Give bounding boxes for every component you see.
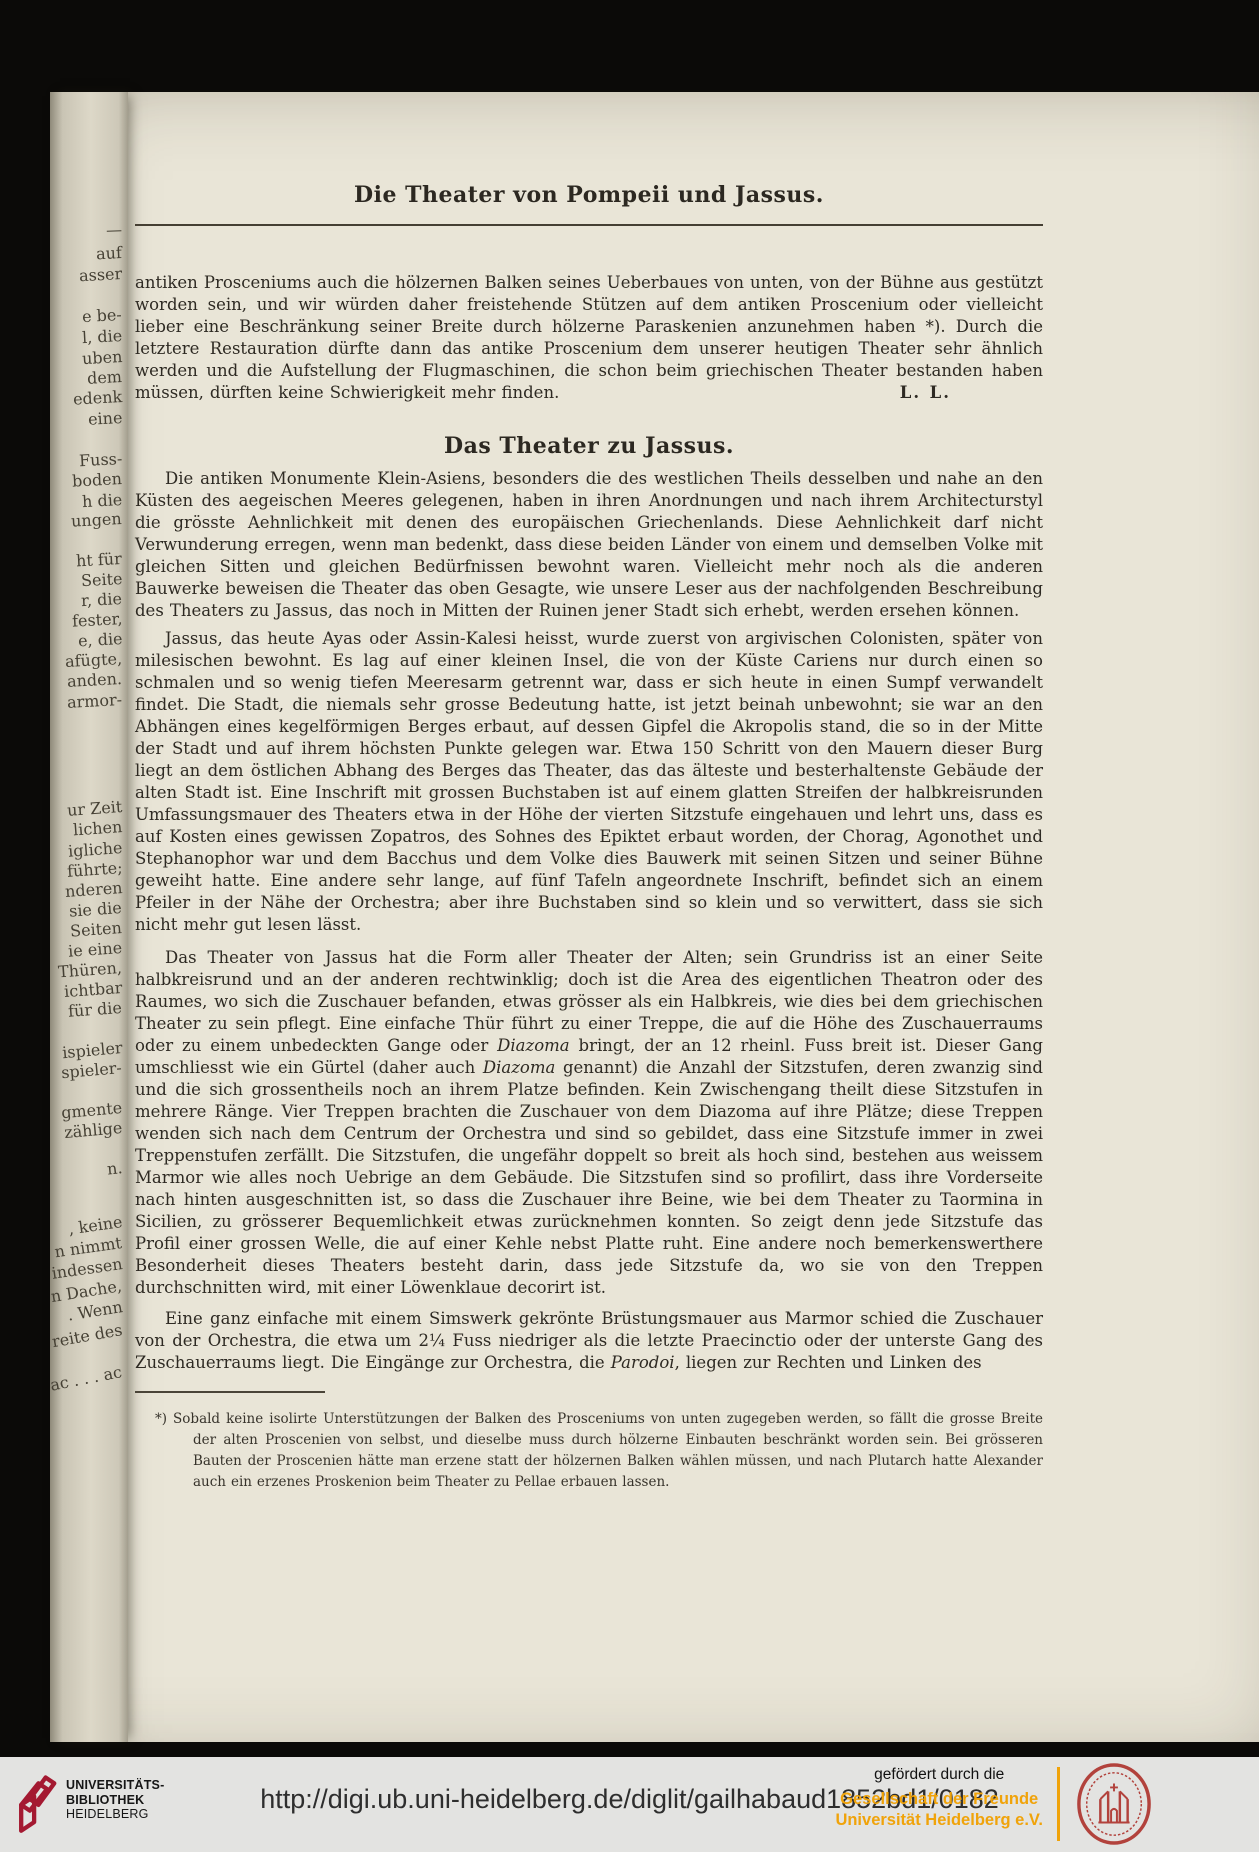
- page-edge-fragment: e, die: [77, 629, 122, 650]
- page-edge-fragment: für die: [68, 998, 123, 1021]
- footnote-text: Sobald keine isolirte Unterstützungen de…: [173, 1411, 1043, 1490]
- body-paragraph: Das Theater von Jassus hat die Form alle…: [135, 947, 1043, 1299]
- running-head: Die Theater von Pompeii und Jassus.: [135, 182, 1043, 208]
- scan-viewer-background: { "page": { "running_head": "Die Theater…: [0, 0, 1259, 1852]
- page-edge-fragment: führte;: [66, 858, 123, 881]
- funder-name: Gesellschaft der Freunde: [835, 1789, 1043, 1810]
- university-seal-icon: [1075, 1762, 1153, 1851]
- page-edge-fragment: Seite: [80, 569, 122, 590]
- body-paragraph: Die antiken Monumente Klein-Asiens, beso…: [135, 468, 1043, 622]
- ub-heidelberg-logo-text: UNIVERSITÄTS- BIBLIOTHEK HEIDELBERG: [66, 1778, 164, 1822]
- funder-name-line2: Universität Heidelberg e.V.: [835, 1810, 1043, 1831]
- page-edge-fragment: ac . . . ac: [49, 1362, 124, 1395]
- digitization-footer-bar: UNIVERSITÄTS- BIBLIOTHEK HEIDELBERG http…: [0, 1757, 1259, 1852]
- section-heading: Das Theater zu Jassus.: [135, 433, 1043, 459]
- page-edge-fragment: ht für: [76, 549, 123, 570]
- page-edge-fragment: asser: [78, 264, 122, 285]
- page-edge-fragment: e be-: [82, 305, 123, 326]
- body-paragraph: antiken Prosceniums auch die hölzernen B…: [135, 272, 1043, 404]
- page-edge-fragment: fester,: [71, 609, 122, 631]
- page-edge-fragment: r, die: [81, 589, 123, 610]
- ub-heidelberg-logo-icon: [14, 1767, 60, 1842]
- footnote: *) Sobald keine isolirte Unterstützungen…: [135, 1409, 1043, 1493]
- page-edge-fragment: h die: [81, 490, 122, 511]
- running-head-rule: [135, 224, 1043, 226]
- page-edge-fragment: igliche: [67, 838, 123, 861]
- funded-by-label: gefördert durch die: [835, 1766, 1043, 1784]
- page-edge-fragment: edenk: [72, 387, 122, 409]
- page-edge-fragment: zählige: [63, 1118, 123, 1142]
- logo-line-3: HEIDELBERG: [66, 1807, 164, 1822]
- page-edge-fragment: afügte,: [65, 649, 123, 671]
- page-edge-fragment: ie eine: [67, 938, 122, 961]
- page-edge-fragment: boden: [72, 469, 123, 491]
- footnote-separator-rule: [135, 1391, 325, 1393]
- logo-line-1: UNIVERSITÄTS-: [66, 1778, 164, 1793]
- page-edge-fragment: armor-: [67, 690, 123, 712]
- page-edge-fragment: auf: [96, 243, 123, 263]
- page-edge-fragment: lichen: [72, 817, 122, 839]
- page-edge-fragment: —: [106, 220, 123, 240]
- body-paragraph: Eine ganz einfache mit einem Simswerk ge…: [135, 1308, 1043, 1374]
- book-page: —aufassere be-l, dieubendemedenkeineFuss…: [50, 92, 1259, 1742]
- page-edge-fragment: Fuss-: [78, 449, 122, 470]
- page-edge-fragment: ur Zeit: [66, 797, 122, 820]
- funding-note: gefördert durch die Gesellschaft der Fre…: [835, 1766, 1043, 1831]
- logo-line-2: BIBLIOTHEK: [66, 1793, 164, 1808]
- page-edge-fragment: sie die: [69, 898, 123, 921]
- page-edge-fragment: ungen: [71, 509, 123, 531]
- page-edge-fragment: Seiten: [70, 918, 123, 941]
- page-edge-fragment: uben: [81, 347, 122, 368]
- page-edge-fragment: reite des: [50, 1320, 123, 1351]
- previous-page-edge: —aufassere be-l, dieubendemedenkeineFuss…: [50, 92, 128, 1742]
- footnote-marker: *): [155, 1411, 167, 1427]
- page-edge-fragment: eine: [87, 408, 122, 429]
- page-edge-fragment: spieler-: [61, 1058, 123, 1082]
- footer-divider: [1057, 1767, 1060, 1841]
- page-edge-fragment: anden.: [67, 669, 123, 691]
- page-edge-fragment: l, die: [81, 326, 122, 347]
- page-edge-fragment: dem: [87, 367, 123, 388]
- body-paragraph: Jassus, das heute Ayas oder Assin-Kalesi…: [135, 628, 1043, 936]
- page-edge-fragment: n.: [106, 1158, 123, 1179]
